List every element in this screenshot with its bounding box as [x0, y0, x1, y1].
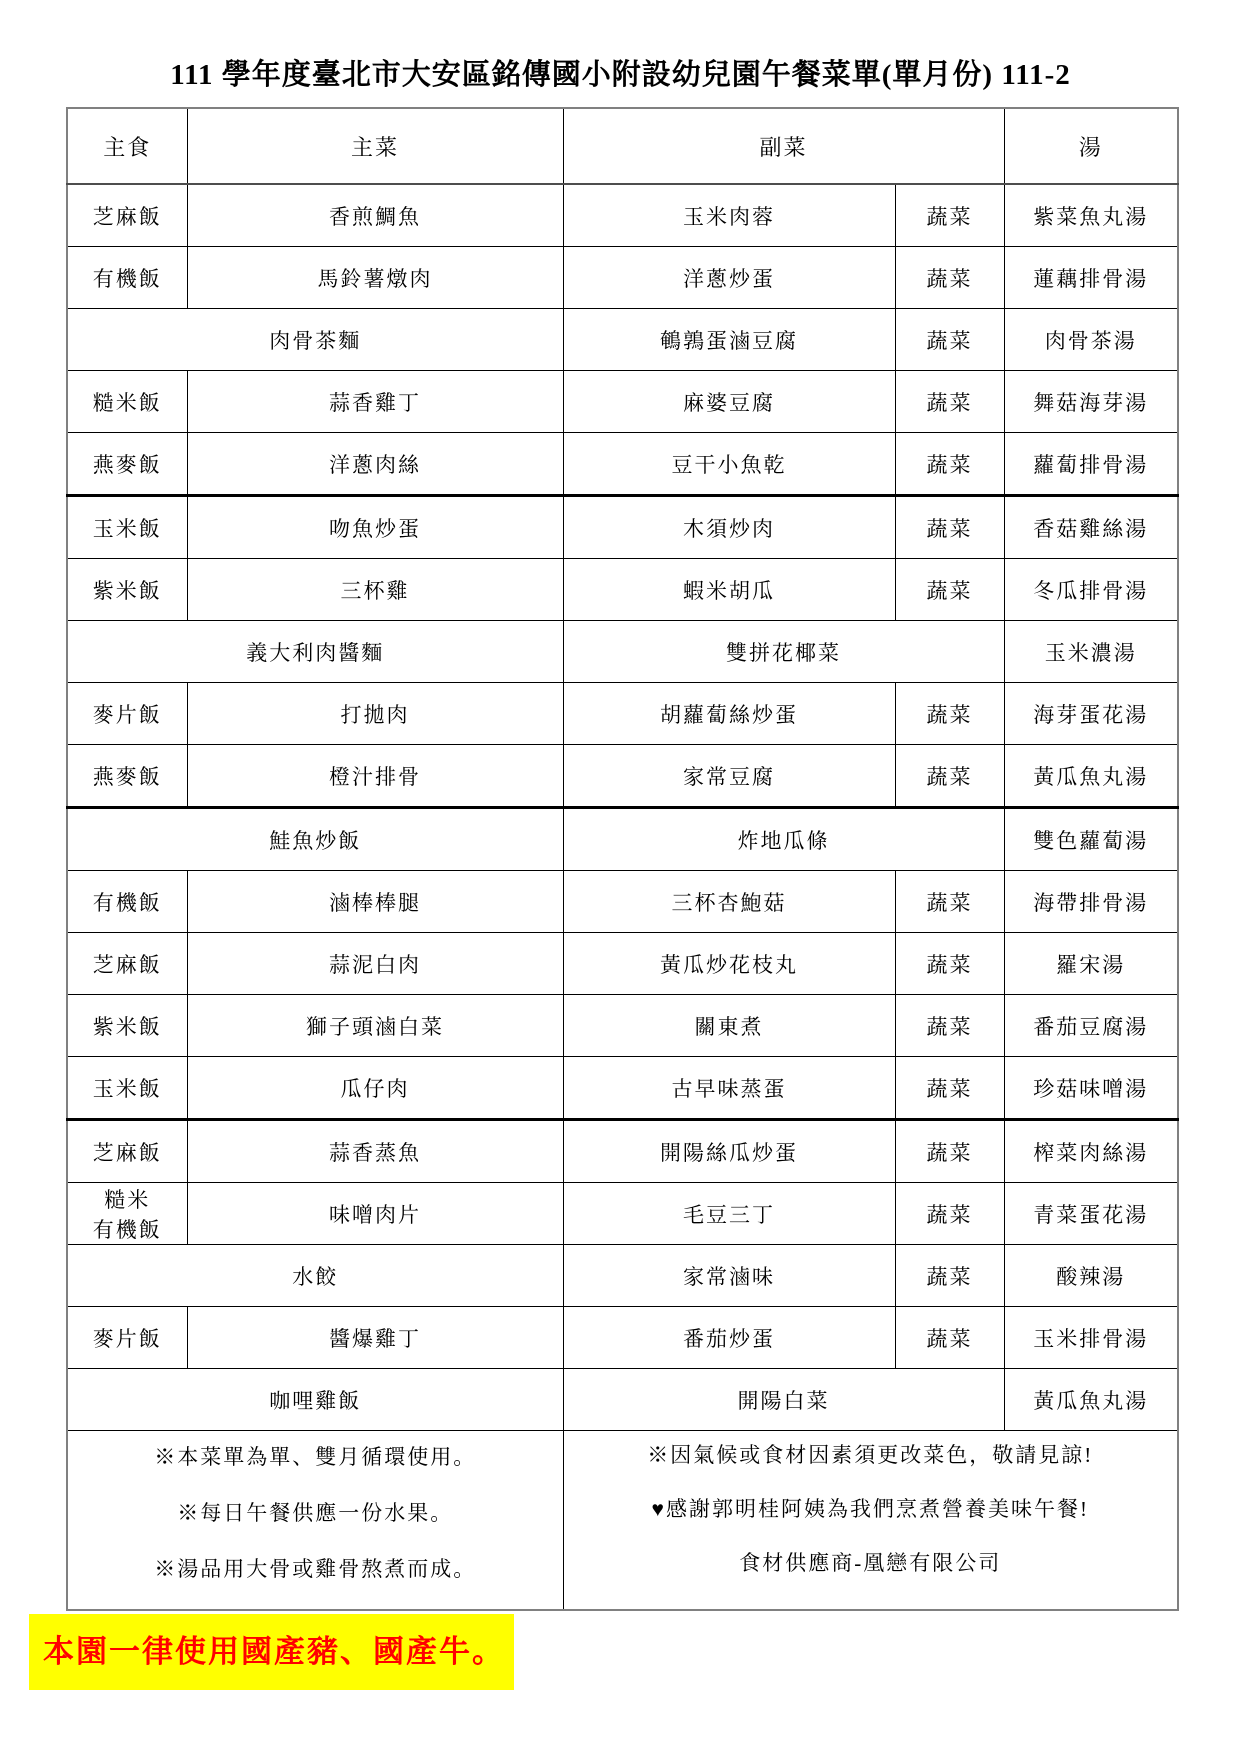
staple-cell: 麥片飯 [67, 1307, 187, 1369]
main-dish-cell-merged: 肉骨茶麵 [67, 309, 563, 371]
menu-row: 燕麥飯洋蔥肉絲豆干小魚乾蔬菜蘿蔔排骨湯 [67, 433, 1178, 496]
main-dish-cell: 瓜仔肉 [187, 1057, 563, 1120]
main-dish-cell-merged: 義大利肉醬麵 [67, 621, 563, 683]
side-dish-cell: 番茄炒蛋 [563, 1307, 895, 1369]
staple-cell: 糙米 有機飯 [67, 1183, 187, 1245]
staple-cell: 芝麻飯 [67, 184, 187, 247]
menu-row: 有機飯馬鈴薯燉肉洋蔥炒蛋蔬菜蓮藕排骨湯 [67, 247, 1178, 309]
soup-cell: 黃瓜魚丸湯 [1004, 745, 1178, 808]
menu-row: 紫米飯三杯雞蝦米胡瓜蔬菜冬瓜排骨湯 [67, 559, 1178, 621]
menu-row: 紫米飯獅子頭滷白菜關東煮蔬菜番茄豆腐湯 [67, 995, 1178, 1057]
side-dish-cell: 鵪鶉蛋滷豆腐 [563, 309, 895, 371]
side-dish-cell: 蝦米胡瓜 [563, 559, 895, 621]
col-header-side: 副菜 [563, 108, 1004, 184]
menu-row: 燕麥飯橙汁排骨家常豆腐蔬菜黃瓜魚丸湯 [67, 745, 1178, 808]
side-dish-cell-merged: 開陽白菜 [563, 1369, 1004, 1431]
vegetable-cell: 蔬菜 [895, 1183, 1004, 1245]
vegetable-cell: 蔬菜 [895, 371, 1004, 433]
main-dish-cell: 三杯雞 [187, 559, 563, 621]
col-header-main: 主菜 [187, 108, 563, 184]
staple-cell: 燕麥飯 [67, 745, 187, 808]
soup-cell: 玉米濃湯 [1004, 621, 1178, 683]
vegetable-cell: 蔬菜 [895, 559, 1004, 621]
staple-cell: 玉米飯 [67, 496, 187, 559]
note-line: ※每日午餐供應一份水果。 [68, 1497, 563, 1527]
menu-row: 糙米飯蒜香雞丁麻婆豆腐蔬菜舞菇海芽湯 [67, 371, 1178, 433]
menu-row: 義大利肉醬麵雙拼花椰菜玉米濃湯 [67, 621, 1178, 683]
menu-row: 肉骨茶麵鵪鶉蛋滷豆腐蔬菜肉骨茶湯 [67, 309, 1178, 371]
menu-row: 鮭魚炒飯炸地瓜條雙色蘿蔔湯 [67, 808, 1178, 871]
main-dish-cell: 蒜香蒸魚 [187, 1120, 563, 1183]
staple-cell: 玉米飯 [67, 1057, 187, 1120]
soup-cell: 榨菜肉絲湯 [1004, 1120, 1178, 1183]
vegetable-cell: 蔬菜 [895, 309, 1004, 371]
side-dish-cell: 家常滷味 [563, 1245, 895, 1307]
soup-cell: 香菇雞絲湯 [1004, 496, 1178, 559]
soup-cell: 酸辣湯 [1004, 1245, 1178, 1307]
main-dish-cell: 蒜泥白肉 [187, 933, 563, 995]
main-dish-cell: 橙汁排骨 [187, 745, 563, 808]
staple-cell: 芝麻飯 [67, 933, 187, 995]
note-line: ♥感謝郭明桂阿姨為我們烹煮營養美味午餐! [564, 1493, 1178, 1523]
main-dish-cell: 滷棒棒腿 [187, 871, 563, 933]
menu-row: 玉米飯吻魚炒蛋木須炒肉蔬菜香菇雞絲湯 [67, 496, 1178, 559]
vegetable-cell: 蔬菜 [895, 1245, 1004, 1307]
vegetable-cell: 蔬菜 [895, 433, 1004, 496]
menu-row: 有機飯滷棒棒腿三杯杏鮑菇蔬菜海帶排骨湯 [67, 871, 1178, 933]
staple-cell: 糙米飯 [67, 371, 187, 433]
vegetable-cell: 蔬菜 [895, 1120, 1004, 1183]
soup-cell: 海帶排骨湯 [1004, 871, 1178, 933]
soup-cell: 紫菜魚丸湯 [1004, 184, 1178, 247]
menu-row: 糙米 有機飯味噌肉片毛豆三丁蔬菜青菜蛋花湯 [67, 1183, 1178, 1245]
staple-cell: 有機飯 [67, 871, 187, 933]
vegetable-cell: 蔬菜 [895, 1307, 1004, 1369]
main-dish-cell-merged: 鮭魚炒飯 [67, 808, 563, 871]
side-dish-cell: 豆干小魚乾 [563, 433, 895, 496]
soup-cell: 冬瓜排骨湯 [1004, 559, 1178, 621]
soup-cell: 海芽蛋花湯 [1004, 683, 1178, 745]
page-title: 111 學年度臺北市大安區銘傳國小附設幼兒園午餐菜單(單月份) 111-2 [0, 0, 1241, 93]
header-row: 主食 主菜 副菜 湯 [67, 108, 1178, 184]
main-dish-cell: 洋蔥肉絲 [187, 433, 563, 496]
vegetable-cell: 蔬菜 [895, 871, 1004, 933]
main-dish-cell-merged: 水餃 [67, 1245, 563, 1307]
side-dish-cell: 洋蔥炒蛋 [563, 247, 895, 309]
vegetable-cell: 蔬菜 [895, 1057, 1004, 1120]
main-dish-cell: 馬鈴薯燉肉 [187, 247, 563, 309]
note-line: ※本菜單為單、雙月循環使用。 [68, 1441, 563, 1471]
main-dish-cell: 味噌肉片 [187, 1183, 563, 1245]
side-dish-cell: 胡蘿蔔絲炒蛋 [563, 683, 895, 745]
vegetable-cell: 蔬菜 [895, 933, 1004, 995]
side-dish-cell: 古早味蒸蛋 [563, 1057, 895, 1120]
soup-cell: 蘿蔔排骨湯 [1004, 433, 1178, 496]
col-header-soup: 湯 [1004, 108, 1178, 184]
main-dish-cell: 醬爆雞丁 [187, 1307, 563, 1369]
menu-row: 芝麻飯香煎鯛魚玉米肉蓉蔬菜紫菜魚丸湯 [67, 184, 1178, 247]
soup-cell: 玉米排骨湯 [1004, 1307, 1178, 1369]
staple-cell: 麥片飯 [67, 683, 187, 745]
vegetable-cell: 蔬菜 [895, 995, 1004, 1057]
main-dish-cell: 蒜香雞丁 [187, 371, 563, 433]
soup-cell: 雙色蘿蔔湯 [1004, 808, 1178, 871]
soup-cell: 珍菇味噌湯 [1004, 1057, 1178, 1120]
soup-cell: 舞菇海芽湯 [1004, 371, 1178, 433]
side-dish-cell: 玉米肉蓉 [563, 184, 895, 247]
vegetable-cell: 蔬菜 [895, 184, 1004, 247]
notes-right-cell: ※因氣候或食材因素須更改菜色，敬請見諒!♥感謝郭明桂阿姨為我們烹煮營養美味午餐!… [563, 1431, 1178, 1611]
note-line: 食材供應商-凰戀有限公司 [564, 1547, 1178, 1577]
vegetable-cell: 蔬菜 [895, 683, 1004, 745]
notes-left-cell: ※本菜單為單、雙月循環使用。※每日午餐供應一份水果。※湯品用大骨或雞骨熬煮而成。 [67, 1431, 563, 1611]
main-dish-cell: 獅子頭滷白菜 [187, 995, 563, 1057]
notes-row: ※本菜單為單、雙月循環使用。※每日午餐供應一份水果。※湯品用大骨或雞骨熬煮而成。… [67, 1431, 1178, 1611]
side-dish-cell: 毛豆三丁 [563, 1183, 895, 1245]
side-dish-cell: 木須炒肉 [563, 496, 895, 559]
side-dish-cell-merged: 雙拼花椰菜 [563, 621, 1004, 683]
menu-row: 芝麻飯蒜泥白肉黃瓜炒花枝丸蔬菜羅宋湯 [67, 933, 1178, 995]
side-dish-cell: 麻婆豆腐 [563, 371, 895, 433]
menu-table: 主食 主菜 副菜 湯 芝麻飯香煎鯛魚玉米肉蓉蔬菜紫菜魚丸湯有機飯馬鈴薯燉肉洋蔥炒… [66, 107, 1179, 1611]
staple-cell: 燕麥飯 [67, 433, 187, 496]
menu-row: 玉米飯瓜仔肉古早味蒸蛋蔬菜珍菇味噌湯 [67, 1057, 1178, 1120]
soup-cell: 羅宋湯 [1004, 933, 1178, 995]
side-dish-cell: 關東煮 [563, 995, 895, 1057]
staple-cell: 有機飯 [67, 247, 187, 309]
vegetable-cell: 蔬菜 [895, 247, 1004, 309]
note-line: ※湯品用大骨或雞骨熬煮而成。 [68, 1553, 563, 1583]
soup-cell: 番茄豆腐湯 [1004, 995, 1178, 1057]
vegetable-cell: 蔬菜 [895, 745, 1004, 808]
staple-cell: 紫米飯 [67, 559, 187, 621]
side-dish-cell: 家常豆腐 [563, 745, 895, 808]
main-dish-cell: 香煎鯛魚 [187, 184, 563, 247]
menu-row: 咖哩雞飯開陽白菜黃瓜魚丸湯 [67, 1369, 1178, 1431]
soup-cell: 青菜蛋花湯 [1004, 1183, 1178, 1245]
soup-cell: 蓮藕排骨湯 [1004, 247, 1178, 309]
soup-cell: 肉骨茶湯 [1004, 309, 1178, 371]
main-dish-cell-merged: 咖哩雞飯 [67, 1369, 563, 1431]
pork-beef-banner: 本園一律使用國產豬、國產牛。 [29, 1614, 514, 1690]
staple-cell: 芝麻飯 [67, 1120, 187, 1183]
main-dish-cell: 吻魚炒蛋 [187, 496, 563, 559]
menu-row: 水餃家常滷味蔬菜酸辣湯 [67, 1245, 1178, 1307]
vegetable-cell: 蔬菜 [895, 496, 1004, 559]
col-header-staple: 主食 [67, 108, 187, 184]
soup-cell: 黃瓜魚丸湯 [1004, 1369, 1178, 1431]
menu-page: 111 學年度臺北市大安區銘傳國小附設幼兒園午餐菜單(單月份) 111-2 主食… [0, 0, 1241, 1755]
staple-cell: 紫米飯 [67, 995, 187, 1057]
side-dish-cell: 黃瓜炒花枝丸 [563, 933, 895, 995]
main-dish-cell: 打拋肉 [187, 683, 563, 745]
side-dish-cell: 三杯杏鮑菇 [563, 871, 895, 933]
side-dish-cell: 開陽絲瓜炒蛋 [563, 1120, 895, 1183]
side-dish-cell-merged: 炸地瓜條 [563, 808, 1004, 871]
menu-row: 芝麻飯蒜香蒸魚開陽絲瓜炒蛋蔬菜榨菜肉絲湯 [67, 1120, 1178, 1183]
menu-row: 麥片飯打拋肉胡蘿蔔絲炒蛋蔬菜海芽蛋花湯 [67, 683, 1178, 745]
menu-row: 麥片飯醬爆雞丁番茄炒蛋蔬菜玉米排骨湯 [67, 1307, 1178, 1369]
note-line: ※因氣候或食材因素須更改菜色，敬請見諒! [564, 1439, 1178, 1469]
